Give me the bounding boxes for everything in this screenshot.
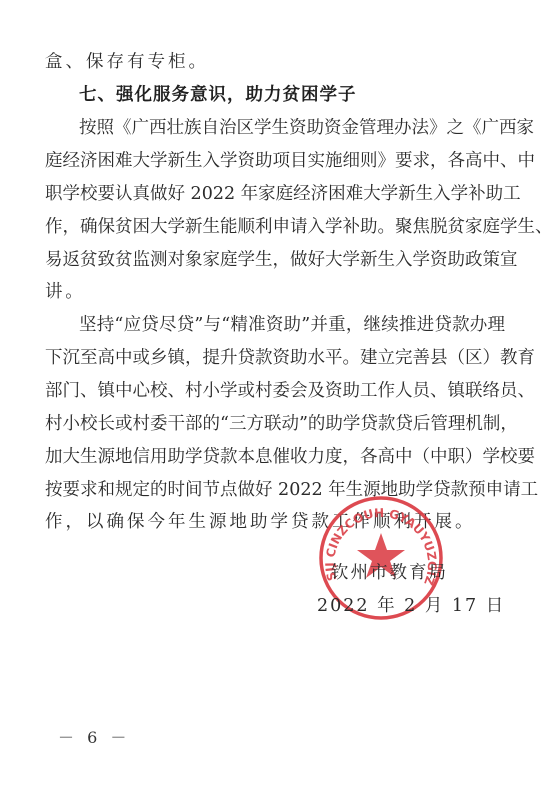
signature-org: 钦州市教育局 — [331, 563, 448, 583]
text-line: 作，确保贫困大学新生能顺利申请入学补助。聚焦脱贫家庭学生、 — [45, 217, 505, 237]
page-number: － 6 － — [58, 725, 130, 748]
section-heading: 七、强化服务意识，助力贫困学子 — [79, 85, 505, 105]
text-line: 讲。 — [45, 282, 505, 302]
text-line: 盒、保存有专柜。 — [45, 52, 195, 72]
signature-date: 2022 年 2 月 17 日 — [317, 596, 505, 616]
text-line: 下沉至高中或乡镇，提升贷款资助水平。建立完善县（区）教育 — [45, 348, 505, 368]
text-line: 加大生源地信用助学贷款本息催收力度，各高中（中职）学校要 — [45, 447, 505, 467]
text-line: 按照《广西壮族自治区学生资助资金管理办法》之《广西家 — [79, 118, 505, 138]
text-line: 职学校要认真做好 2022 年家庭经济困难大学新生入学补助工 — [45, 184, 505, 204]
text-line: 易返贫致贫监测对象家庭学生，做好大学新生入学资助政策宣 — [45, 250, 505, 270]
text-line: 坚持“应贷尽贷”与“精准资助”并重，继续推进贷款办理 — [79, 315, 505, 335]
text-line: 村小校长或村委干部的“三方联动”的助学贷款贷后管理机制， — [45, 414, 505, 434]
text-line: 庭经济困难大学新生入学资助项目实施细则》要求，各高中、中 — [45, 151, 505, 171]
document-page: 盒、保存有专柜。 七、强化服务意识，助力贫困学子 按照《广西壮族自治区学生资助资… — [0, 0, 560, 790]
text-line: 部门、镇中心校、村小学或村委会及资助工作人员、镇联络员、 — [45, 381, 505, 401]
